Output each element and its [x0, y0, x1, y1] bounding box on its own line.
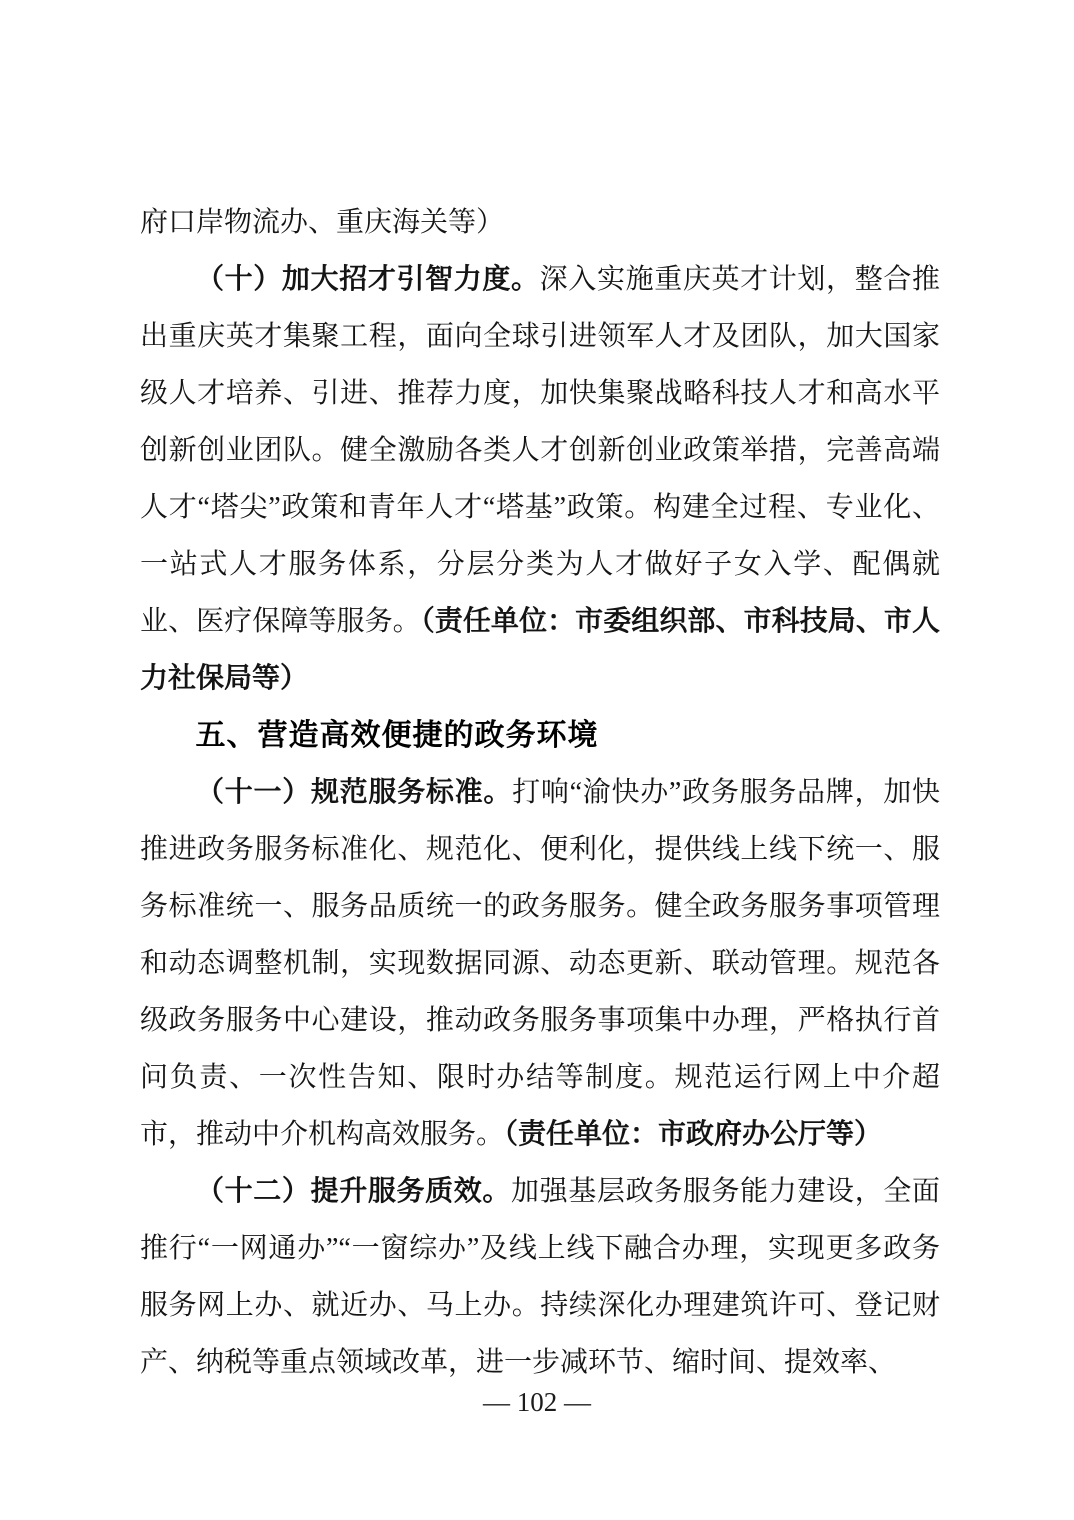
paragraph-clause-11: （十一）规范服务标准。打响“渝快办”政务服务品牌，加快推进政务服务标准化、规范化… [140, 764, 940, 1163]
paragraph-continuation: 府口岸物流办、重庆海关等） [140, 194, 940, 251]
clause-11-responsible-units: （责任单位：市政府办公厅等） [504, 1119, 882, 1150]
clause-10-body: 深入实施重庆英才计划，整合推出重庆英才集聚工程，面向全球引进领军人才及团队，加大… [140, 264, 940, 637]
section-5-heading: 五、营造高效便捷的政务环境 [140, 707, 940, 764]
page-number: — 102 — [0, 1382, 1074, 1422]
paragraph-clause-12: （十二）提升服务质效。加强基层政务服务能力建设，全面推行“一网通办”“一窗综办”… [140, 1163, 940, 1391]
document-body: 府口岸物流办、重庆海关等） （十）加大招才引智力度。深入实施重庆英才计划，整合推… [140, 194, 940, 1391]
clause-10-title: （十）加大招才引智力度。 [196, 264, 540, 295]
clause-12-title: （十二）提升服务质效。 [196, 1176, 511, 1207]
clause-11-title: （十一）规范服务标准。 [196, 777, 512, 808]
paragraph-clause-10: （十）加大招才引智力度。深入实施重庆英才计划，整合推出重庆英才集聚工程，面向全球… [140, 251, 940, 707]
clause-11-body: 打响“渝快办”政务服务品牌，加快推进政务服务标准化、规范化、便利化，提供线上线下… [140, 777, 940, 1150]
